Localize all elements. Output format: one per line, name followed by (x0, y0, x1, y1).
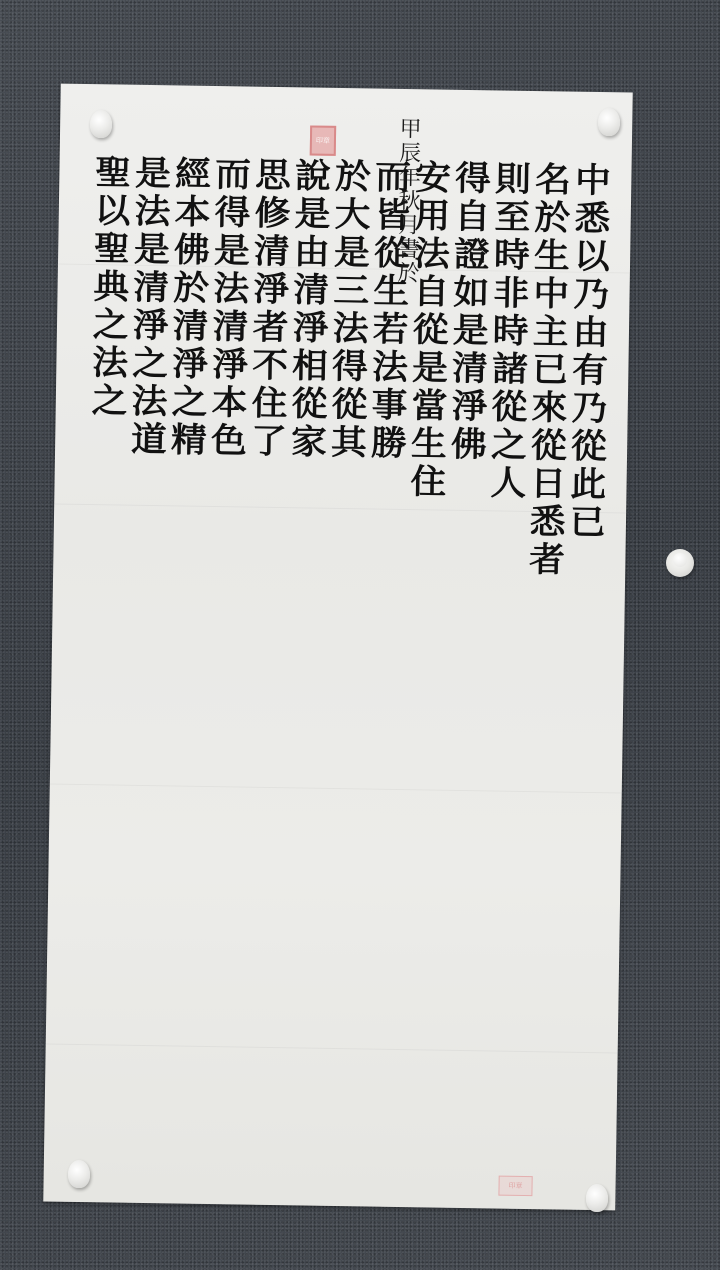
red-seal-stamp: 印章 (310, 125, 336, 155)
faint-seal-stamp: 印章 (498, 1176, 532, 1197)
paper-crease (46, 1043, 618, 1053)
pushpin-top-left (90, 110, 112, 138)
calligraphy-column-12: 是法是清淨之法道 (126, 155, 169, 460)
signature-inscription: 甲辰年秋月書於 (398, 117, 425, 285)
pushpin-bottom-right (586, 1184, 608, 1212)
calligraphy-column-10: 而得是法清淨本色 (206, 156, 249, 461)
calligraphy-column-1: 中悉以乃由有乃從此已 (565, 162, 609, 543)
calligraphy-column-2: 名於生中主已來從日悉者 (524, 161, 568, 580)
pushpin-top-right (598, 108, 620, 136)
calligraphy-column-4: 得自證如是清淨佛 (446, 160, 489, 465)
calligraphy-column-13: 聖以聖典之法之 (87, 154, 129, 421)
pushpin-loose (666, 549, 694, 577)
calligraphy-column-3: 則至時非時諸從之人 (485, 160, 528, 503)
calligraphy-column-11: 經本佛於清淨之精 (166, 155, 209, 460)
calligraphy-column-9: 思修清淨者不住了 (246, 157, 289, 462)
calligraphy-scroll: 中悉以乃由有乃從此已 名於生中主已來從日悉者 則至時非時諸從之人 得自證如是清淨… (43, 84, 632, 1211)
pushpin-bottom-left (68, 1160, 90, 1188)
calligraphy-column-7: 於大是三法得從其 (326, 158, 369, 463)
calligraphy-column-8: 說是由清淨相從家 (286, 157, 329, 462)
paper-crease (50, 783, 622, 793)
